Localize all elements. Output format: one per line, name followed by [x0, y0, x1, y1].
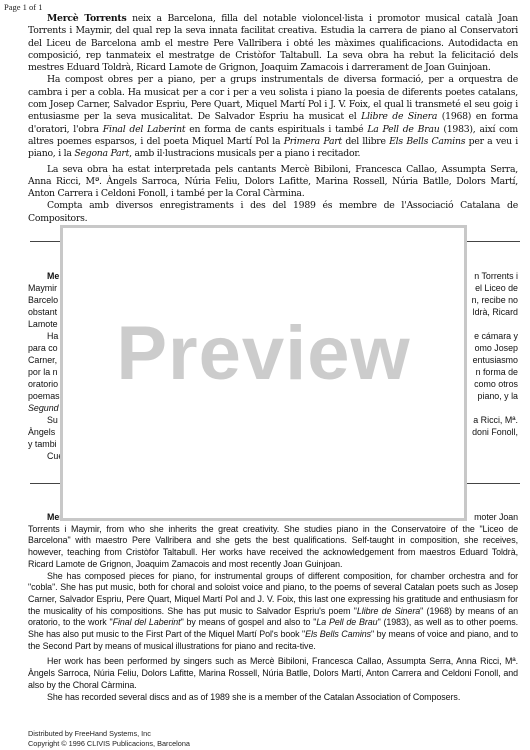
distributor-line: Distributed by FreeHand Systems, Inc: [28, 729, 190, 739]
footer: Distributed by FreeHand Systems, Inc Cop…: [28, 729, 190, 748]
english-paragraph-2: She has composed pieces for piano, for i…: [28, 571, 518, 653]
page-number-label: Page 1 of 1: [4, 2, 42, 12]
preview-watermark: Preview: [63, 310, 464, 397]
catalan-paragraph-1: Mercè Torrents neix a Barcelona, filla d…: [28, 13, 518, 74]
copyright-line: Copyright © 1996 CLIVIS Publicacions, Ba…: [28, 739, 190, 749]
english-paragraph-1: Torrents i Maymir, from who she inherits…: [28, 524, 518, 571]
english-biography: Mer moter Joan Torrents i Maymir, from w…: [28, 512, 518, 703]
preview-overlay: Preview: [60, 225, 467, 521]
catalan-paragraph-3: La seva obra ha estat interpretada pels …: [28, 164, 518, 201]
english-paragraph-4: She has recorded several discs and as of…: [28, 692, 518, 704]
catalan-paragraph-2: Ha compost obres per a piano, per a grup…: [28, 74, 518, 160]
catalan-biography: Mercè Torrents neix a Barcelona, filla d…: [28, 13, 518, 225]
english-paragraph-3: Her work has been performed by singers s…: [28, 656, 518, 691]
catalan-paragraph-4: Compta amb diversos enregistraments i de…: [28, 200, 518, 225]
composer-name: Mercè Torrents: [47, 13, 126, 24]
